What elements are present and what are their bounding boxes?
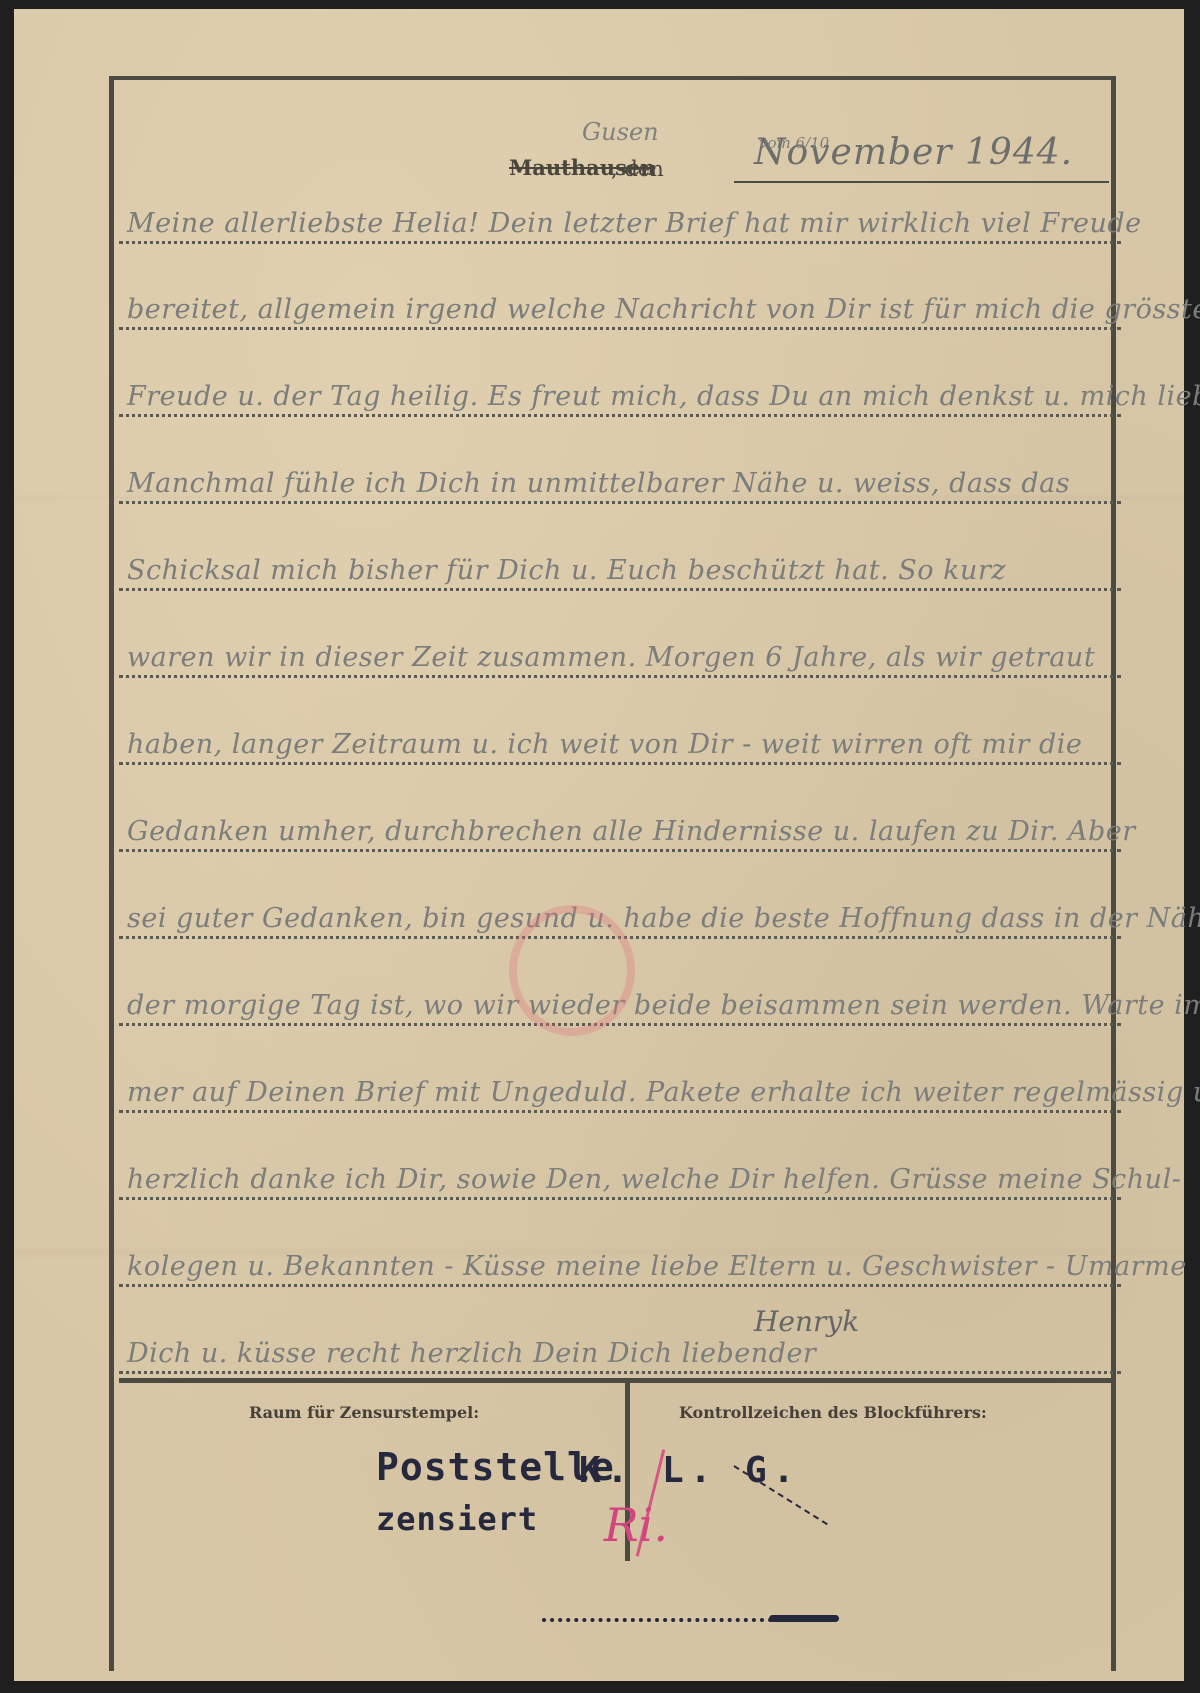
line-text: Freude u. der Tag heilig. Es freut mich,… bbox=[127, 381, 1200, 412]
line-text: Meine allerliebste Helia! Dein letzter B… bbox=[127, 208, 1142, 239]
letter-line: bereitet, allgemein irgend welche Nachri… bbox=[119, 244, 1121, 330]
line-text: sei guter Gedanken, bin gesund u. habe d… bbox=[127, 903, 1200, 934]
line-text: haben, langer Zeitraum u. ich weit von D… bbox=[127, 729, 1082, 760]
red-censor-stamp bbox=[509, 905, 635, 1036]
line-text: Gedanken umher, durchbrechen alle Hinder… bbox=[127, 816, 1136, 847]
pen-underline-end bbox=[769, 1615, 839, 1622]
letter-line: mer auf Deinen Brief mit Ungeduld. Paket… bbox=[119, 1027, 1121, 1113]
block-leader-label: Kontrollzeichen des Blockführers: bbox=[679, 1403, 987, 1422]
letter-line: herzlich danke ich Dir, sowie Den, welch… bbox=[119, 1114, 1121, 1200]
handwritten-place: Gusen bbox=[582, 118, 659, 146]
footer-separator bbox=[119, 1378, 1116, 1383]
letter-paper: Gusen Mauthausen , den November 1944. vo… bbox=[14, 9, 1184, 1681]
form-frame: Gusen Mauthausen , den November 1944. vo… bbox=[109, 76, 1116, 1671]
letter-line: Freude u. der Tag heilig. Es freut mich,… bbox=[119, 331, 1121, 417]
signature: Henryk bbox=[754, 1305, 859, 1338]
line-text: der morgige Tag ist, wo wir wieder beide… bbox=[127, 990, 1200, 1021]
line-text: kolegen u. Bekannten - Küsse meine liebe… bbox=[127, 1251, 1187, 1282]
inline-insert: vom 6/10 bbox=[759, 134, 829, 152]
line-text: waren wir in dieser Zeit zusammen. Morge… bbox=[127, 642, 1095, 673]
letter-line: vom 6/10 Meine allerliebste Helia! Dein … bbox=[119, 158, 1121, 244]
letter-line: Gedanken umher, durchbrechen alle Hinder… bbox=[119, 766, 1121, 852]
line-text: Dich u. küsse recht herzlich Dein Dich l… bbox=[127, 1338, 816, 1369]
letter-line: Schicksal mich bisher für Dich u. Euch b… bbox=[119, 505, 1121, 591]
letter-line: waren wir in dieser Zeit zusammen. Morge… bbox=[119, 592, 1121, 678]
letter-line: kolegen u. Bekannten - Küsse meine liebe… bbox=[119, 1201, 1121, 1287]
censor-stamp-label: Raum für Zensurstempel: bbox=[249, 1403, 479, 1422]
line-text: Schicksal mich bisher für Dich u. Euch b… bbox=[127, 555, 1006, 586]
line-text: bereitet, allgemein irgend welche Nachri… bbox=[127, 294, 1200, 325]
line-text: Manchmal fühle ich Dich in unmittelbarer… bbox=[127, 468, 1070, 499]
pink-initial: Ri. bbox=[604, 1498, 668, 1552]
letter-line: haben, langer Zeitraum u. ich weit von D… bbox=[119, 679, 1121, 765]
censor-stamp-zensiert: zensiert bbox=[376, 1500, 538, 1538]
line-text: herzlich danke ich Dir, sowie Den, welch… bbox=[127, 1164, 1181, 1195]
line-text: mer auf Deinen Brief mit Ungeduld. Paket… bbox=[127, 1077, 1200, 1108]
letter-line: sei guter Gedanken, bin gesund u. habe d… bbox=[119, 853, 1121, 939]
letter-line: Dich u. küsse recht herzlich Dein Dich l… bbox=[119, 1288, 1121, 1374]
letter-line: Manchmal fühle ich Dich in unmittelbarer… bbox=[119, 418, 1121, 504]
